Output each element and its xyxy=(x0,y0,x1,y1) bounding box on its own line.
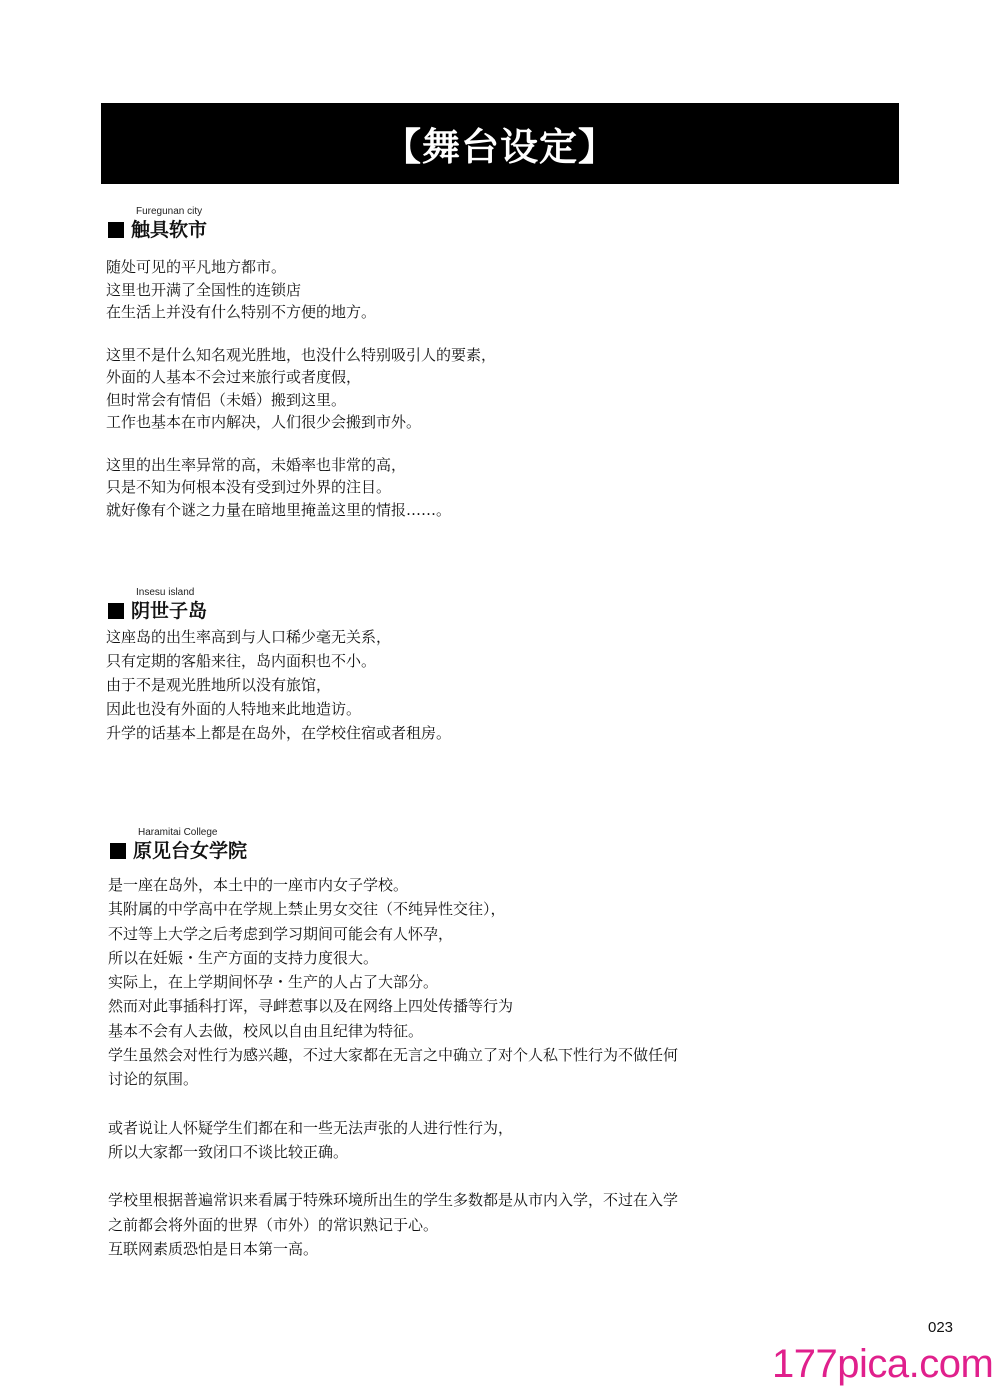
text-line: 但时常会有情侣（未婚）搬到这里。 xyxy=(106,389,496,412)
section-title: 阴世子岛 xyxy=(131,599,207,623)
text-line: 这里也开满了全国性的连锁店 xyxy=(106,279,496,302)
section-title: 触具软市 xyxy=(131,218,207,242)
text-line: 实际上，在上学期间怀孕・生产的人占了大部分。 xyxy=(108,970,678,994)
text-line: 只有定期的客船来往，岛内面积也不小。 xyxy=(106,649,451,673)
paragraph: 这里不是什么知名观光胜地，也没什么特别吸引人的要素， 外面的人基本不会过来旅行或… xyxy=(106,344,496,434)
text-line: 外面的人基本不会过来旅行或者度假， xyxy=(106,366,496,389)
text-line: 学生虽然会对性行为感兴趣，不过大家都在无言之中确立了对个人私下性行为不做任何 xyxy=(108,1043,678,1067)
section-haramitai-college: Haramitai College 原见台女学院 是一座在岛外，本土中的一座市内… xyxy=(108,827,678,1261)
text-line: 只是不知为何根本没有受到过外界的注目。 xyxy=(106,476,496,499)
text-line: 所以大家都一致闭口不谈比较正确。 xyxy=(108,1140,678,1164)
paragraph: 或者说让人怀疑学生们都在和一些无法声张的人进行性行为， 所以大家都一致闭口不谈比… xyxy=(108,1116,678,1165)
square-bullet-icon xyxy=(108,603,124,619)
text-line: 其附属的中学高中在学规上禁止男女交往（不纯异性交往）， xyxy=(108,897,678,921)
paragraph: 随处可见的平凡地方都市。 这里也开满了全国性的连锁店 在生活上并没有什么特别不方… xyxy=(106,256,496,324)
section-title: 原见台女学院 xyxy=(133,839,247,863)
title-banner: 【舞台设定】 xyxy=(101,103,899,184)
text-line: 这里不是什么知名观光胜地，也没什么特别吸引人的要素， xyxy=(106,344,496,367)
text-line: 因此也没有外面的人特地来此地造访。 xyxy=(106,697,451,721)
text-line: 在生活上并没有什么特别不方便的地方。 xyxy=(106,301,496,324)
text-line: 工作也基本在市内解决，人们很少会搬到市外。 xyxy=(106,411,496,434)
section-subtitle-en: Insesu island xyxy=(136,587,451,599)
text-line: 升学的话基本上都是在岛外，在学校住宿或者租房。 xyxy=(106,721,451,745)
text-line: 之前都会将外面的世界（市外）的常识熟记于心。 xyxy=(108,1213,678,1237)
page-title: 【舞台设定】 xyxy=(383,116,617,171)
text-line: 基本不会有人去做，校风以自由且纪律为特征。 xyxy=(108,1019,678,1043)
section-subtitle-en: Haramitai College xyxy=(138,827,678,839)
text-line: 或者说让人怀疑学生们都在和一些无法声张的人进行性行为， xyxy=(108,1116,678,1140)
text-line: 不过等上大学之后考虑到学习期间可能会有人怀孕， xyxy=(108,922,678,946)
text-line: 是一座在岛外，本土中的一座市内女子学校。 xyxy=(108,873,678,897)
square-bullet-icon xyxy=(108,222,124,238)
page-number: 023 xyxy=(928,1319,953,1336)
text-line: 就好像有个谜之力量在暗地里掩盖这里的情报……。 xyxy=(106,499,496,522)
paragraph: 这座岛的出生率高到与人口稀少毫无关系， 只有定期的客船来往，岛内面积也不小。 由… xyxy=(106,625,451,745)
watermark: 177pica.com xyxy=(772,1342,993,1387)
text-line: 学校里根据普遍常识来看属于特殊环境所出生的学生多数都是从市内入学，不过在入学 xyxy=(108,1188,678,1212)
square-bullet-icon xyxy=(110,843,126,859)
section-furegunan-city: Furegunan city 触具软市 随处可见的平凡地方都市。 这里也开满了全… xyxy=(106,206,496,521)
text-line: 所以在妊娠・生产方面的支持力度很大。 xyxy=(108,946,678,970)
text-line: 由于不是观光胜地所以没有旅馆， xyxy=(106,673,451,697)
section-subtitle-en: Furegunan city xyxy=(136,206,496,218)
paragraph: 这里的出生率异常的高，未婚率也非常的高， 只是不知为何根本没有受到过外界的注目。… xyxy=(106,454,496,522)
text-line: 随处可见的平凡地方都市。 xyxy=(106,256,496,279)
text-line: 讨论的氛围。 xyxy=(108,1067,678,1091)
text-line: 这里的出生率异常的高，未婚率也非常的高， xyxy=(106,454,496,477)
text-line: 互联网素质恐怕是日本第一高。 xyxy=(108,1237,678,1261)
section-heading: 原见台女学院 xyxy=(108,839,678,863)
text-line: 这座岛的出生率高到与人口稀少毫无关系， xyxy=(106,625,451,649)
section-heading: 触具软市 xyxy=(106,218,496,242)
paragraph: 是一座在岛外，本土中的一座市内女子学校。 其附属的中学高中在学规上禁止男女交往（… xyxy=(108,873,678,1092)
section-heading: 阴世子岛 xyxy=(106,599,451,623)
section-insesu-island: Insesu island 阴世子岛 这座岛的出生率高到与人口稀少毫无关系， 只… xyxy=(106,587,451,745)
text-line: 然而对此事插科打诨，寻衅惹事以及在网络上四处传播等行为 xyxy=(108,994,678,1018)
paragraph: 学校里根据普遍常识来看属于特殊环境所出生的学生多数都是从市内入学，不过在入学 之… xyxy=(108,1188,678,1261)
